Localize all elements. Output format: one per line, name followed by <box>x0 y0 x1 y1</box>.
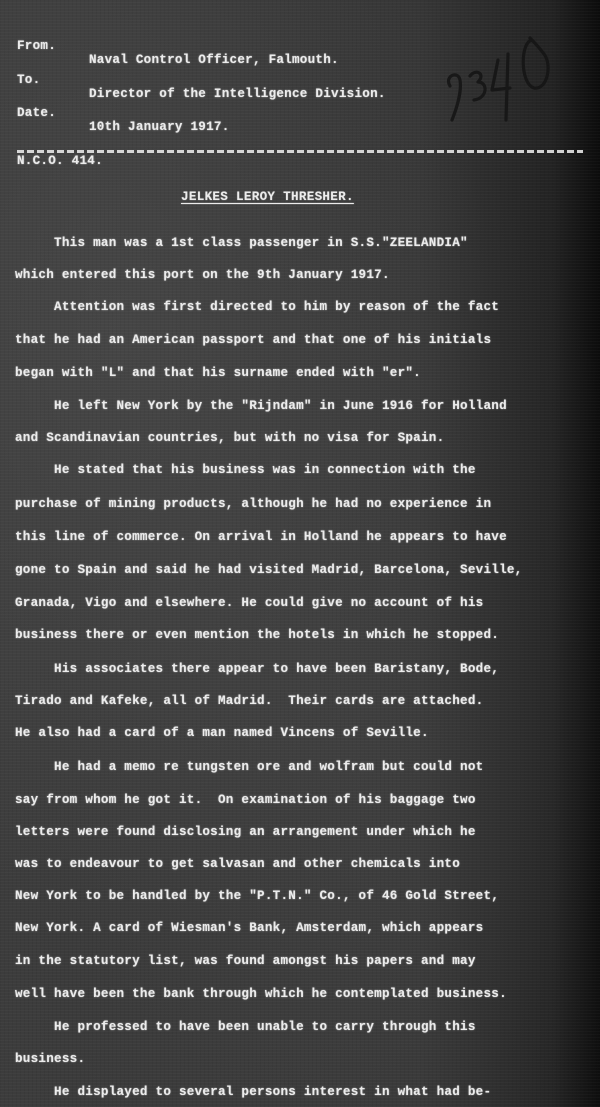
body-line: Attention was first directed to him by r… <box>15 300 499 314</box>
handwritten-annotation: 9340 <box>436 24 566 124</box>
body-line: Granada, Vigo and elsewhere. He could gi… <box>15 596 483 610</box>
body-line: business there or even mention the hotel… <box>15 628 499 642</box>
reference-number: N.C.O. 414. <box>17 154 103 168</box>
body-line: purchase of mining products, although he… <box>15 497 491 511</box>
body-line: He also had a card of a man named Vincen… <box>15 726 429 740</box>
body-line: this line of commerce. On arrival in Hol… <box>15 530 507 544</box>
body-line: and Scandinavian countries, but with no … <box>15 431 444 445</box>
body-line: New York. A card of Wiesman's Bank, Amst… <box>15 921 483 935</box>
body-line: He left New York by the "Rijndam" in Jun… <box>15 399 507 413</box>
to-label: To. <box>17 73 40 87</box>
body-line: say from whom he got it. On examination … <box>15 793 476 807</box>
memo-page: From. Naval Control Officer, Falmouth. T… <box>0 0 600 1107</box>
from-label: From. <box>17 39 56 53</box>
date-value: 10th January 1917. <box>89 120 230 134</box>
body-line: that he had an American passport and tha… <box>15 333 491 347</box>
memo-title: JELKES LEROY THRESHER. <box>181 190 354 204</box>
body-line: in the statutory list, was found amongst… <box>15 954 476 968</box>
header-divider <box>17 150 583 153</box>
date-label: Date. <box>17 106 56 120</box>
body-line: letters were found disclosing an arrange… <box>15 825 476 839</box>
body-line: which entered this port on the 9th Janua… <box>15 268 390 282</box>
body-line: New York to be handled by the "P.T.N." C… <box>15 889 499 903</box>
body-line: His associates there appear to have been… <box>15 662 499 676</box>
body-line: began with "L" and that his surname ende… <box>15 366 421 380</box>
body-line: He had a memo re tungsten ore and wolfra… <box>15 760 483 774</box>
body-line: gone to Spain and said he had visited Ma… <box>15 563 523 577</box>
body-line: This man was a 1st class passenger in S.… <box>15 236 468 250</box>
body-line: Tirado and Kafeke, all of Madrid. Their … <box>15 694 483 708</box>
body-line: He stated that his business was in conne… <box>15 463 476 477</box>
body-line: was to endeavour to get salvasan and oth… <box>15 857 460 871</box>
body-line: He displayed to several persons interest… <box>15 1085 491 1099</box>
body-line: He professed to have been unable to carr… <box>15 1020 476 1034</box>
body-line: well have been the bank through which he… <box>15 987 507 1001</box>
body-line: business. <box>15 1052 85 1066</box>
